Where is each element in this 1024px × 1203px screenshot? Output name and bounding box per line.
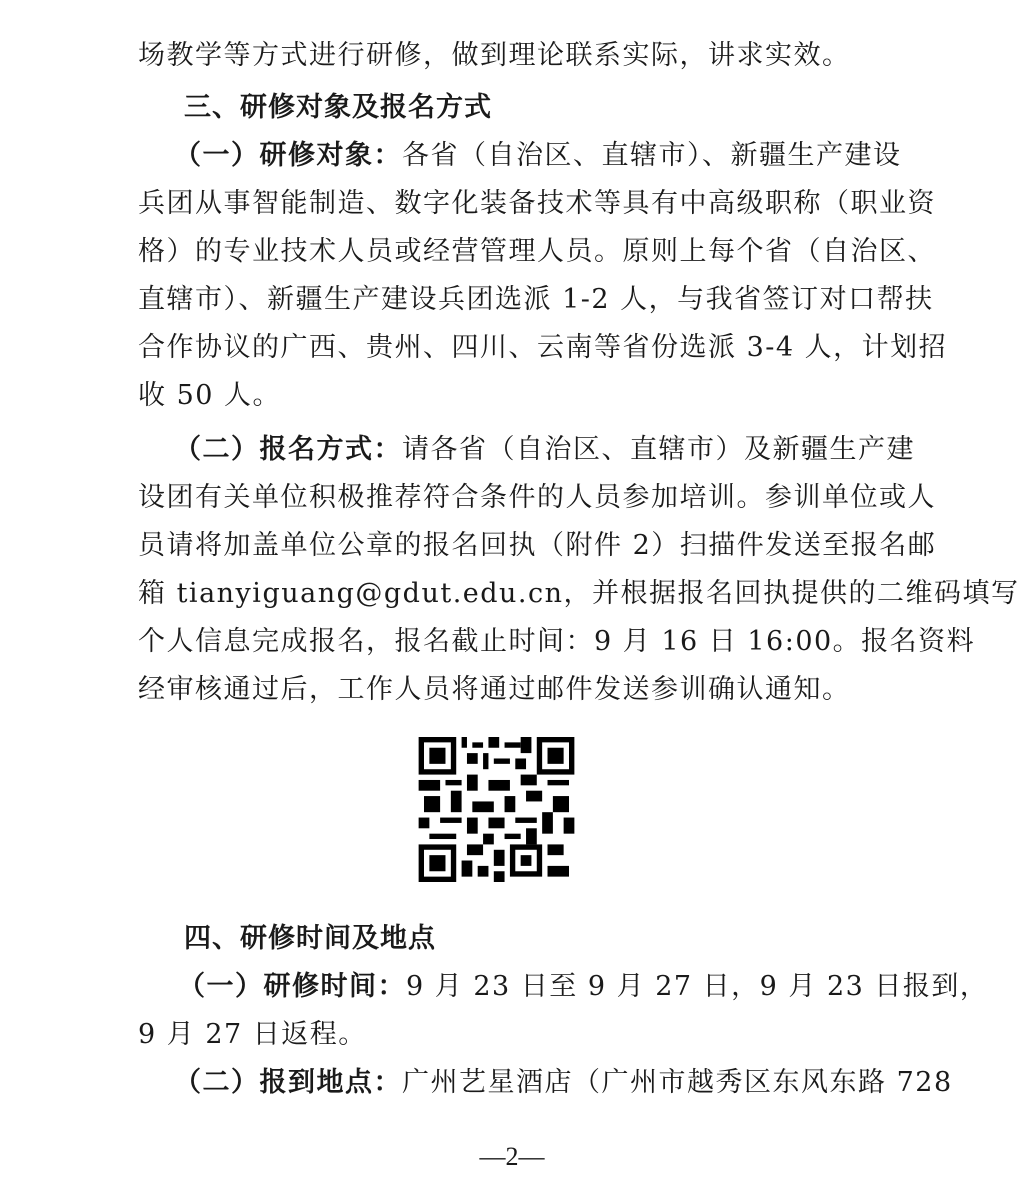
paragraph-line: 9 月 27 日返程。 (138, 1011, 367, 1059)
line-text: 场教学等方式进行研修，做到理论联系实际，讲求实效。 (138, 40, 851, 71)
paragraph-line: （二）报到地点：广州艺星酒店（广州市越秀区东风东路 728 (174, 1059, 953, 1107)
page-number: —2— (0, 1142, 1024, 1172)
paragraph-line: 箱 tianyiguang@gdut.edu.cn，并根据报名回执提供的二维码填… (138, 570, 1020, 618)
line-text: 合作协议的广西、贵州、四川、云南等省份选派 3-4 人，计划招 (138, 332, 947, 363)
paragraph-line: 员请将加盖单位公章的报名回执（附件 2）扫描件发送至报名邮 (138, 522, 936, 570)
line-text: 格）的专业技术人员或经营管理人员。原则上每个省（自治区、 (138, 236, 936, 267)
subsection-label: （一）研修对象： (174, 140, 402, 171)
paragraph-line: 合作协议的广西、贵州、四川、云南等省份选派 3-4 人，计划招 (138, 324, 947, 372)
paragraph-line: 收 50 人。 (138, 372, 281, 420)
line-text: 经审核通过后，工作人员将通过邮件发送参训确认通知。 (138, 674, 851, 705)
registration-qr-code[interactable] (418, 737, 575, 882)
line-text: 兵团从事智能制造、数字化装备技术等具有中高级职称（职业资 (138, 188, 936, 219)
paragraph-line: 直辖市）、新疆生产建设兵团选派 1-2 人，与我省签订对口帮扶 (138, 276, 934, 324)
paragraph-line: （一）研修时间：9 月 23 日至 9 月 27 日，9 月 23 日报到， (178, 963, 988, 1011)
line-text: 9 月 27 日返程。 (138, 1019, 367, 1050)
paragraph-line: （一）研修对象：各省（自治区、直辖市）、新疆生产建设 (174, 132, 902, 180)
line-text: 请各省（自治区、直辖市）及新疆生产建 (402, 434, 915, 465)
subsection-label: （二）报到地点： (174, 1067, 402, 1098)
paragraph-line: 兵团从事智能制造、数字化装备技术等具有中高级职称（职业资 (138, 180, 936, 228)
line-text: 箱 tianyiguang@gdut.edu.cn，并根据报名回执提供的二维码填… (138, 578, 1020, 609)
qr-code-icon (418, 737, 575, 882)
section-heading: 三、研修对象及报名方式 (184, 84, 492, 132)
paragraph-line: 经审核通过后，工作人员将通过邮件发送参训确认通知。 (138, 666, 851, 714)
line-text: 员请将加盖单位公章的报名回执（附件 2）扫描件发送至报名邮 (138, 530, 936, 561)
line-text: 直辖市）、新疆生产建设兵团选派 1-2 人，与我省签订对口帮扶 (138, 284, 934, 315)
line-text: 9 月 23 日至 9 月 27 日，9 月 23 日报到， (406, 971, 988, 1002)
line-text: 收 50 人。 (138, 380, 281, 411)
paragraph-line: 个人信息完成报名，报名截止时间：9 月 16 日 16:00。报名资料 (138, 618, 975, 666)
paragraph-line: 格）的专业技术人员或经营管理人员。原则上每个省（自治区、 (138, 228, 936, 276)
paragraph-line: 设团有关单位积极推荐符合条件的人员参加培训。参训单位或人 (138, 474, 936, 522)
line-text: 四、研修时间及地点 (184, 923, 436, 954)
subsection-label: （二）报名方式： (174, 434, 402, 465)
line-text: 三、研修对象及报名方式 (184, 92, 492, 123)
line-text: 个人信息完成报名，报名截止时间：9 月 16 日 16:00。报名资料 (138, 626, 975, 657)
subsection-label: （一）研修时间： (178, 971, 406, 1002)
section-heading: 四、研修时间及地点 (184, 915, 436, 963)
paragraph-line: （二）报名方式：请各省（自治区、直辖市）及新疆生产建 (174, 426, 915, 474)
line-text: 设团有关单位积极推荐符合条件的人员参加培训。参训单位或人 (138, 482, 936, 513)
line-text: 各省（自治区、直辖市）、新疆生产建设 (402, 140, 902, 171)
line-text: 广州艺星酒店（广州市越秀区东风东路 728 (402, 1067, 953, 1098)
paragraph-line: 场教学等方式进行研修，做到理论联系实际，讲求实效。 (138, 32, 851, 80)
